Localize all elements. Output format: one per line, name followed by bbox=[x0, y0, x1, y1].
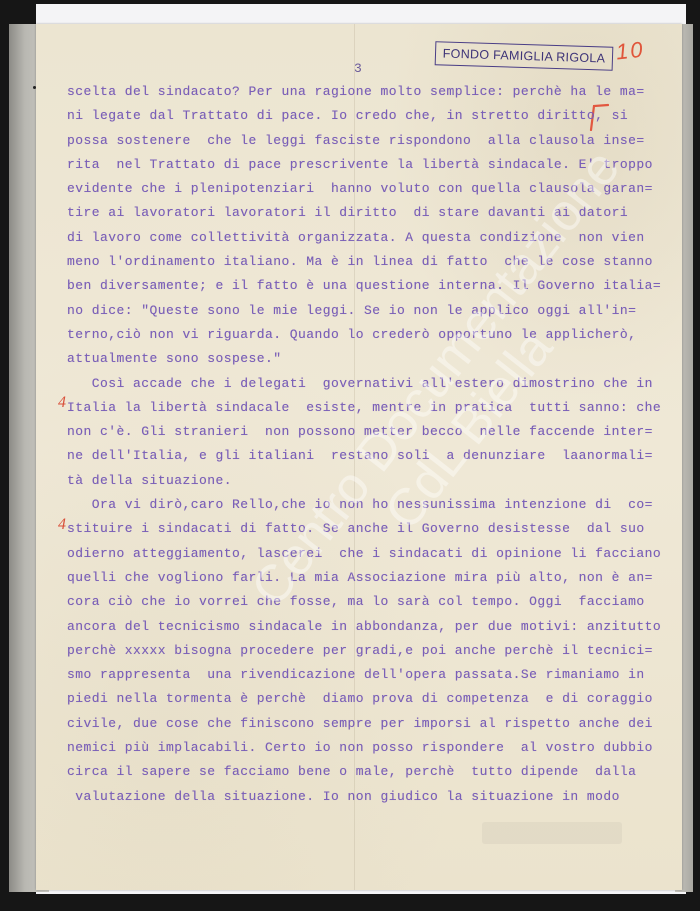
text-line: valutazione della situazione. Io non giu… bbox=[67, 785, 647, 809]
text-line: civile, due cose che finiscono sempre pe… bbox=[67, 712, 647, 736]
text-line: Così accade che i delegati governativi a… bbox=[67, 372, 647, 396]
text-line: Italia la libertà sindacale esiste, ment… bbox=[67, 396, 647, 420]
text-line: attualmente sono sospese." bbox=[67, 347, 647, 371]
text-line: tire ai lavoratori lavoratori il diritto… bbox=[67, 201, 647, 225]
text-line: rita nel Trattato di pace prescrivente l… bbox=[67, 153, 647, 177]
typewritten-page: FONDO FAMIGLIA RIGOLA 10 3 scelta del si… bbox=[36, 24, 682, 890]
archive-stamp-text: FONDO FAMIGLIA RIGOLA bbox=[443, 46, 606, 65]
text-line: perchè xxxxx bisogna procedere per gradi… bbox=[67, 639, 647, 663]
paragraph-mark: 4 bbox=[58, 516, 66, 534]
text-line: no dice: "Queste sono le mie leggi. Se i… bbox=[67, 299, 647, 323]
text-line: odierno atteggiamento, lascerei che i si… bbox=[67, 542, 647, 566]
archive-stamp: FONDO FAMIGLIA RIGOLA bbox=[435, 41, 614, 71]
page-number: 3 bbox=[354, 61, 362, 76]
typed-text-body: scelta del sindacato? Per una ragione mo… bbox=[67, 80, 647, 809]
text-line: possa sostenere che le leggi fasciste ri… bbox=[67, 129, 647, 153]
text-line: quelli che vogliono farli. La mia Associ… bbox=[67, 566, 647, 590]
scan-background: FONDO FAMIGLIA RIGOLA 10 3 scelta del si… bbox=[0, 0, 700, 911]
text-line: cora ciò che io vorrei che fosse, ma lo … bbox=[67, 590, 647, 614]
pin-hole bbox=[33, 86, 36, 89]
text-line: piedi nella tormenta è perchè diamo prov… bbox=[67, 687, 647, 711]
text-line: ancora del tecnicismo sindacale in abbon… bbox=[67, 615, 647, 639]
text-line: stituire i sindacati di fatto. Se anche … bbox=[67, 517, 647, 541]
ink-smudge bbox=[482, 822, 622, 844]
text-line: smo rappresenta una rivendicazione dell'… bbox=[67, 663, 647, 687]
text-line: nemici più implacabili. Certo io non pos… bbox=[67, 736, 647, 760]
text-line: ben diversamente; e il fatto è una quest… bbox=[67, 274, 647, 298]
folio-number: 10 bbox=[615, 37, 646, 66]
text-line: scelta del sindacato? Per una ragione mo… bbox=[67, 80, 647, 104]
text-line: non c'è. Gli stranieri non possono mette… bbox=[67, 420, 647, 444]
text-line: ne dell'Italia, e gli italiani restano s… bbox=[67, 444, 647, 468]
text-line: tà della situazione. bbox=[67, 469, 647, 493]
text-line: ni legate dal Trattato di pace. Io credo… bbox=[67, 104, 647, 128]
text-line: di lavoro come collettività organizzata.… bbox=[67, 226, 647, 250]
text-line: terno,ciò non vi riguarda. Quando lo cre… bbox=[67, 323, 647, 347]
text-line: evidente che i plenipotenziari hanno vol… bbox=[67, 177, 647, 201]
paragraph-mark: 4 bbox=[58, 394, 66, 412]
text-line: circa il sapere se facciamo bene o male,… bbox=[67, 760, 647, 784]
text-line: meno l'ordinamento italiano. Ma è in lin… bbox=[67, 250, 647, 274]
text-line: Ora vi dirò,caro Rello,che io non ho nes… bbox=[67, 493, 647, 517]
